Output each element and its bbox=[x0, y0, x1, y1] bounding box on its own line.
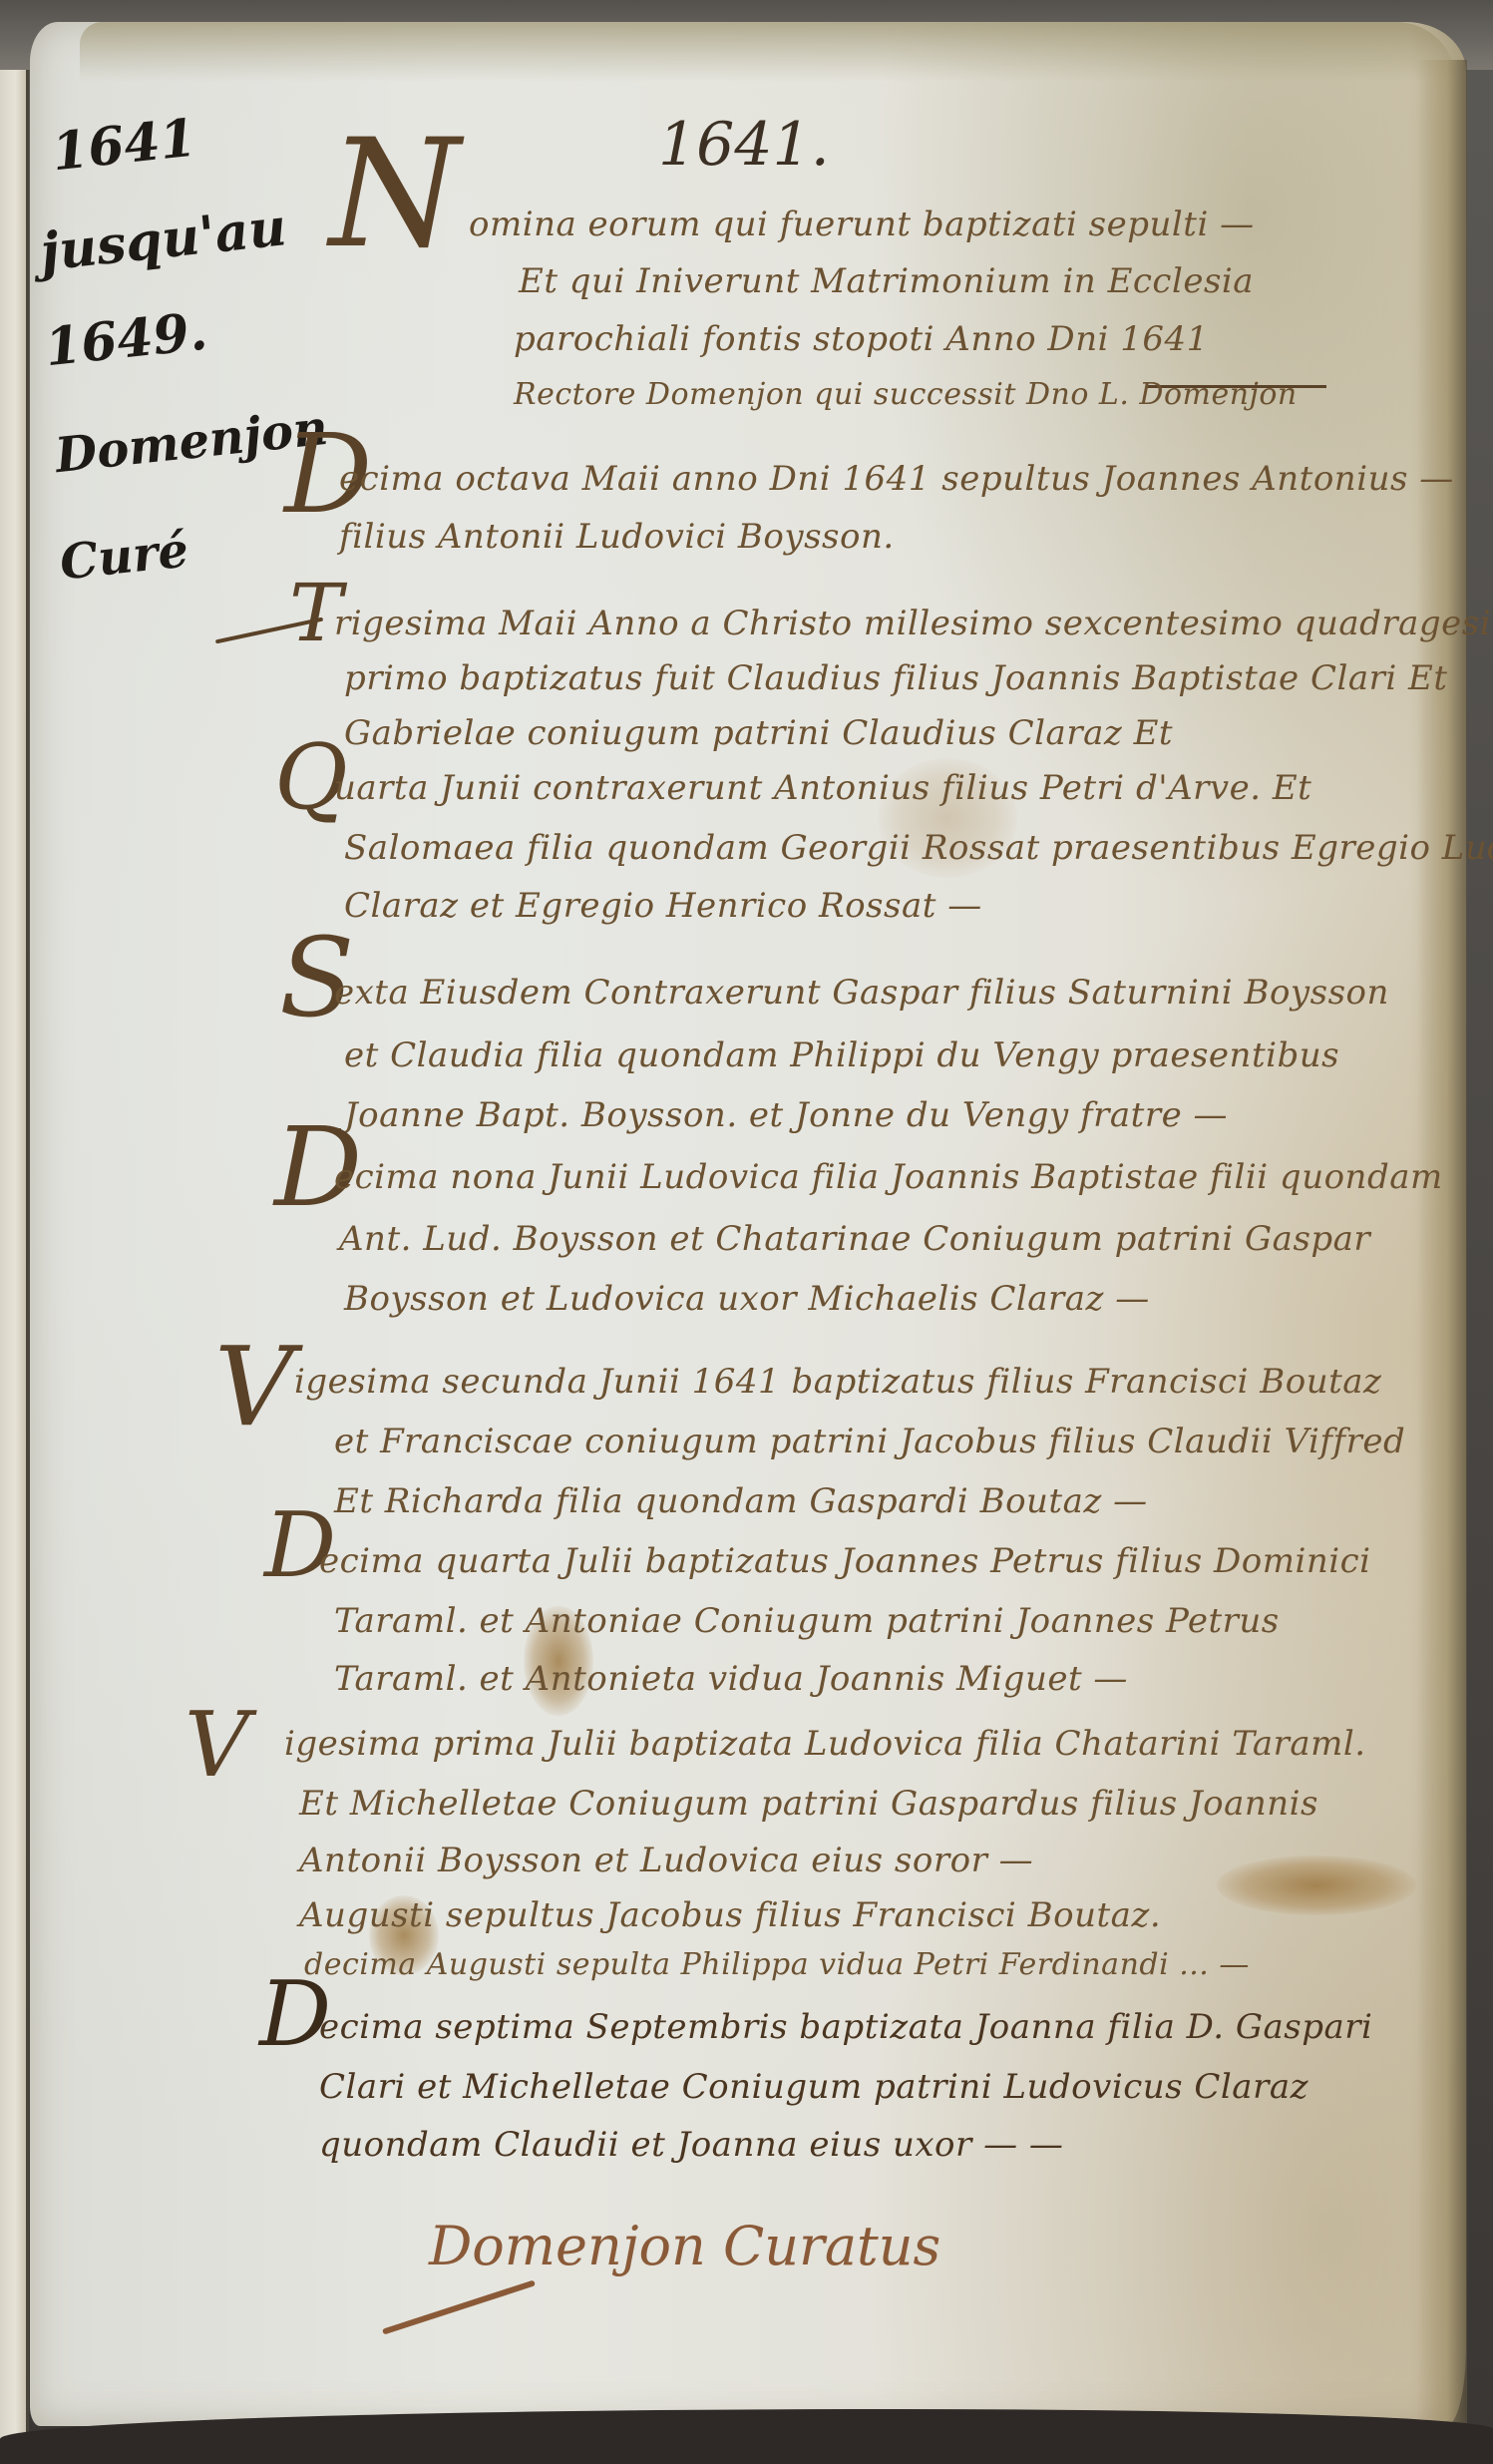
header-initial: N bbox=[329, 120, 460, 269]
entry-line: decima Augusti sepulta Philippa vidua Pe… bbox=[304, 1947, 1250, 1982]
entry-line: igesima prima Julii baptizata Ludovica f… bbox=[284, 1724, 1366, 1764]
entry-line: Boysson et Ludovica uxor Michaelis Clara… bbox=[344, 1279, 1150, 1319]
entry-line: igesima secunda Junii 1641 baptizatus fi… bbox=[294, 1362, 1381, 1402]
page-right-wear bbox=[1417, 60, 1467, 2434]
entry-line: Gabrielae coniugum patrini Claudius Clar… bbox=[344, 713, 1173, 753]
entry-line: uarta Junii contraxerunt Antonius filius… bbox=[334, 768, 1311, 808]
entry-line: Et Michelletae Coniugum patrini Gaspardu… bbox=[299, 1784, 1318, 1824]
manuscript-scan: 1641 jusqu'au 1649. Domenjon Curé 1641. … bbox=[0, 0, 1493, 2464]
entry-line: ecima nona Junii Ludovica filia Joannis … bbox=[334, 1157, 1443, 1197]
priest-signature: Domenjon Curatus bbox=[429, 2215, 940, 2277]
entry-line: Clari et Michelletae Coniugum patrini Lu… bbox=[319, 2067, 1308, 2107]
entry-line: Taraml. et Antonieta vidua Joannis Migue… bbox=[334, 1659, 1128, 1699]
entry-line: ecima quarta Julii baptizatus Joannes Pe… bbox=[319, 1541, 1371, 1581]
entry-line: rigesima Maii Anno a Christo millesimo s… bbox=[334, 604, 1493, 643]
header-line: Rectore Domenjon qui successit Dno L. Do… bbox=[514, 377, 1298, 412]
entry-line: Augusti sepultus Jacobus filius Francisc… bbox=[299, 1895, 1161, 1935]
entry-line: Taraml. et Antoniae Coniugum patrini Joa… bbox=[334, 1601, 1280, 1641]
entry-line: quondam Claudii et Joanna eius uxor — — bbox=[319, 2125, 1063, 2165]
header-line: Et qui Iniverunt Matrimonium in Ecclesia bbox=[519, 261, 1254, 301]
entry-line: filius Antonii Ludovici Boysson. bbox=[339, 517, 895, 557]
entry-line: et Franciscae coniugum patrini Jacobus f… bbox=[334, 1422, 1405, 1461]
ink-stain bbox=[1217, 1855, 1416, 1915]
entry-line: Claraz et Egregio Henrico Rossat — bbox=[344, 886, 982, 926]
entry-line: et Claudia filia quondam Philippi du Ven… bbox=[344, 1035, 1339, 1075]
entry-line: exta Eiusdem Contraxerunt Gaspar filius … bbox=[334, 973, 1389, 1013]
entry-initial: V bbox=[214, 1332, 293, 1441]
entry-initial: V bbox=[185, 1701, 249, 1791]
page-top-wear bbox=[80, 22, 1456, 82]
entry-line: primo baptizatus fuit Claudius filius Jo… bbox=[344, 658, 1448, 698]
entry-line: Joanne Bapt. Boysson. et Jonne du Vengy … bbox=[344, 1095, 1228, 1135]
header-line: omina eorum qui fuerunt baptizati sepult… bbox=[469, 205, 1255, 244]
entry-line: ecima septima Septembris baptizata Joann… bbox=[319, 2007, 1372, 2047]
entry-line: Salomaea filia quondam Georgii Rossat pr… bbox=[344, 828, 1493, 868]
entry-line: Antonii Boysson et Ludovica eius soror — bbox=[299, 1841, 1033, 1880]
header-line: parochiali fontis stopoti Anno Dni 1641 bbox=[514, 319, 1209, 359]
binding-left-page-edge bbox=[0, 70, 29, 2464]
entry-line: ecima octava Maii anno Dni 1641 sepultus… bbox=[339, 459, 1454, 499]
entry-line: Et Richarda filia quondam Gaspardi Bouta… bbox=[334, 1481, 1148, 1521]
year-heading: 1641. bbox=[658, 110, 830, 180]
entry-line: Ant. Lud. Boysson et Chatarinae Coniugum… bbox=[339, 1219, 1370, 1259]
